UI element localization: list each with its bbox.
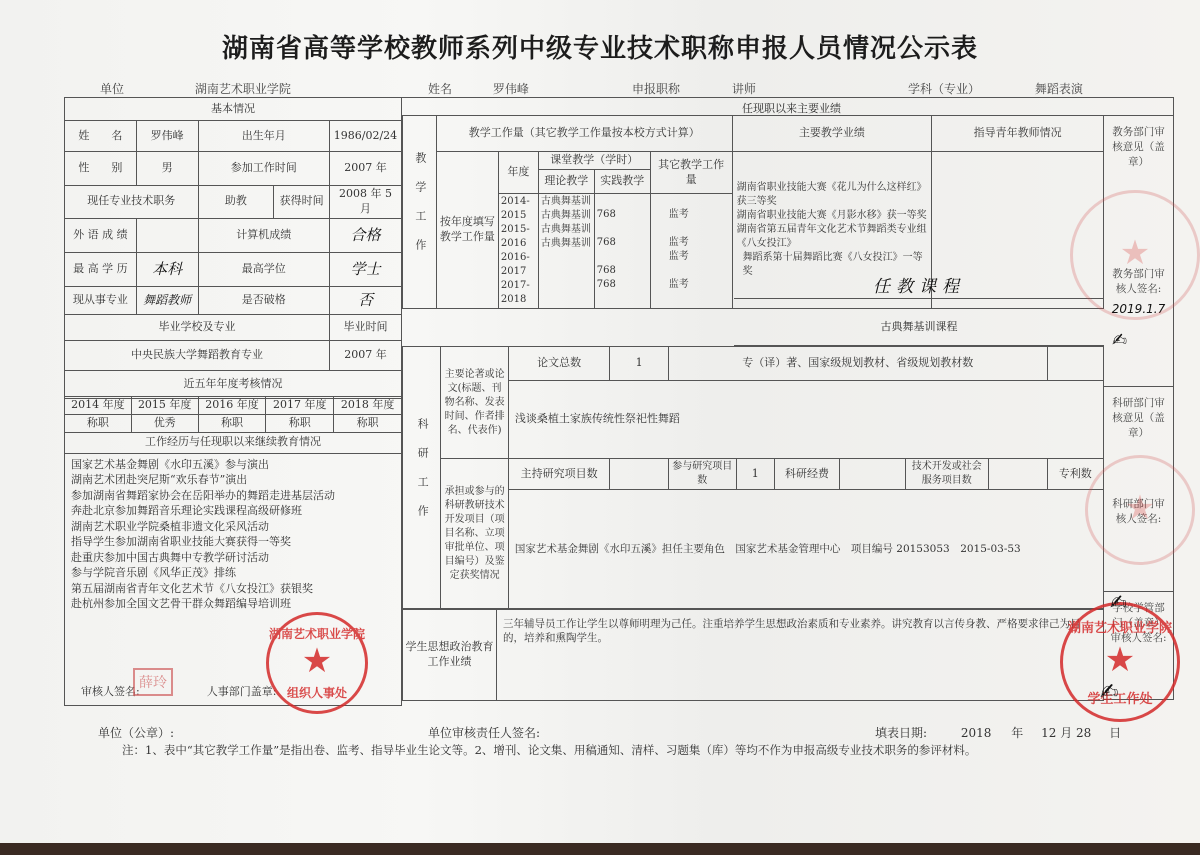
- education: 本科: [136, 252, 198, 286]
- list-item: 湖南省职业技能大赛《花儿为什么这样红》获三等奖: [737, 181, 928, 209]
- assessment-result: 优秀: [131, 414, 198, 432]
- fill-date: 填表日期: 2018 年 12 月 28 日: [875, 724, 1121, 741]
- computer-score: 合格: [329, 218, 401, 252]
- grad-time: 2007 年: [329, 340, 401, 370]
- subject-value: 舞蹈表演: [984, 80, 1134, 98]
- list-item: 参与学院音乐剧《风华正茂》排练: [71, 565, 395, 581]
- reviewer-seal: 薛玲: [133, 668, 173, 696]
- work-start: 2007 年: [329, 152, 401, 186]
- gender: 男: [136, 152, 198, 186]
- join-projects: 1: [736, 459, 774, 490]
- grad-school: 中央民族大学舞蹈教育专业: [65, 340, 330, 370]
- list-item: 国家艺术基金舞剧《水印五溪》参与演出: [71, 457, 395, 473]
- assessment-table: 2014 年度 2015 年度 2016 年度 2017 年度 2018 年度 …: [64, 396, 402, 706]
- list-item: 赴杭州参加全国文艺骨干群众舞蹈编导培训班: [71, 596, 395, 612]
- list-item: 赴重庆参加中国古典舞中专教学研讨活动: [71, 550, 395, 566]
- workload-title: 教学工作量（其它教学工作量按本校方式计算）: [436, 116, 732, 152]
- experience-title: 工作经历与任现职以来继续教育情况: [65, 432, 402, 453]
- exception: 否: [329, 286, 401, 314]
- assessment-result: 称职: [198, 414, 266, 432]
- document-page: 湖南省高等学校教师系列中级专业技术职称申报人员情况公示表 单位 湖南艺术职业学院…: [0, 0, 1200, 843]
- academic-sign-date: 2019.1.7: [1110, 302, 1167, 316]
- list-item: 湖南艺术团赴突尼斯“欢乐春节”演出: [71, 472, 395, 488]
- tech-projects: [988, 459, 1047, 490]
- assessment-result: 称职: [334, 414, 402, 432]
- paper-title: 浅谈桑植土家族传统性祭祀性舞蹈: [508, 381, 1103, 459]
- patents: 专利数: [1047, 459, 1103, 490]
- workload-other: 监考 监考 监考 监考: [650, 194, 732, 309]
- list-item: 湖南省职业技能大赛《月影水移》获一等奖: [737, 209, 928, 223]
- ideology-text: 三年辅导员工作让学生以尊师明理为己任。注重培养学生思想政治素质和专业素养。讲究教…: [497, 609, 1104, 701]
- research-opinion: 科研部门审核意见（盖章）: [1104, 386, 1173, 496]
- assessment-title: 近五年年度考核情况: [65, 370, 402, 398]
- basic-info-table: 基本情况 姓 名 罗伟峰 出生年月 1986/02/24 性 别 男 参加工作时…: [64, 97, 402, 399]
- research-signer: 科研部门审核人签名:: [1104, 496, 1173, 591]
- performance-title: 任现职以来主要业绩: [402, 97, 1174, 115]
- reviewer-sign-label: 审核人签名:: [81, 685, 140, 698]
- current-major: 舞蹈教师: [136, 286, 198, 314]
- teaching-label: 教学工作: [403, 116, 437, 309]
- mentoring-header: 指导青年教师情况: [932, 116, 1104, 152]
- experience-list: 国家艺术基金舞剧《水印五溪》参与演出 湖南艺术团赴突尼斯“欢乐春节”演出 参加湖…: [65, 453, 402, 705]
- academic-signature: ✍: [1112, 330, 1127, 351]
- academic-signer: 教务部门审核人签名: 2019.1.7: [1104, 266, 1173, 386]
- name-field: 姓名 罗伟峰: [428, 80, 566, 98]
- ideology-table: 学生思想政治教育工作业绩 三年辅导员工作让学生以尊师明理为己任。注重培养学生思想…: [402, 608, 1104, 701]
- list-item: 参加湖南省舞蹈家协会在岳阳举办的舞蹈走进基层活动: [71, 488, 395, 504]
- list-item: 湖南省第五届青年文化艺术节舞蹈类专业组《八女投江》: [737, 223, 928, 251]
- current-title: 助教: [198, 186, 274, 219]
- research-signature: ✍: [1110, 590, 1127, 614]
- workload-theory: 古典舞基训 古典舞基训 古典舞基训 古典舞基训: [538, 194, 594, 309]
- project-detail: 国家艺术基金舞剧《水印五溪》担任主要角色 国家艺术基金管理中心 项目编号 201…: [508, 490, 1103, 610]
- title-value: 讲师: [684, 80, 804, 98]
- unit-reviewer-label: 单位审核责任人签名:: [428, 724, 540, 741]
- list-item: 指导学生参加湖南省职业技能大赛获得一等奖: [71, 534, 395, 550]
- document-title: 湖南省高等学校教师系列中级专业技术职称申报人员情况公示表: [0, 28, 1200, 65]
- student-dept-signature: ✍: [1100, 680, 1118, 705]
- assessment-result: 称职: [65, 414, 132, 432]
- workload-practice: 768 768 768 768: [594, 194, 650, 309]
- list-item: 第五届湖南省青年文化艺术节《八女投江》获银奖: [71, 581, 395, 597]
- courses-value: 古典舞基训课程: [734, 300, 1104, 346]
- research-table: 科研工作 主要论著或论文(标题、刊物名称、发表时间、作者排名、代表作) 论文总数…: [402, 346, 1104, 610]
- birth-date: 1986/02/24: [329, 121, 401, 152]
- courses-label: 任教课程: [734, 267, 1104, 299]
- unit-seal-label: 单位（公章）:: [98, 724, 174, 741]
- foreign-lang-score: [136, 218, 198, 252]
- applicant-name: 罗伟峰: [136, 121, 198, 152]
- degree: 学士: [329, 252, 401, 286]
- research-label: 科研工作: [403, 347, 441, 610]
- funding: [840, 459, 905, 490]
- assessment-result: 称职: [266, 414, 334, 432]
- title-field: 申报职称 讲师: [632, 80, 804, 98]
- academic-opinion: 教务部门审核意见（盖章）: [1104, 116, 1173, 266]
- subject-field: 学科（专业） 舞蹈表演: [908, 80, 1134, 98]
- books-count: [1047, 347, 1103, 381]
- list-item: 湖南艺术职业学院桑植非遗文化采风活动: [71, 519, 395, 535]
- hr-stamp-label: 人事部门盖章:: [207, 685, 277, 698]
- workload-years: 2014-2015 2015-2016 2016-2017 2017-2018: [498, 194, 538, 309]
- basic-section-title: 基本情况: [65, 98, 402, 121]
- footnote: 注：1、表中“其它教学工作量”是指出卷、监考、指导毕业生论文等。2、增刊、论文集…: [122, 742, 976, 758]
- ideology-label: 学生思想政治教育工作业绩: [403, 609, 497, 701]
- unit-field: 单位 湖南艺术职业学院: [100, 80, 358, 98]
- list-item: 奔赴北京参加舞蹈音乐理论实践课程高级研修班: [71, 503, 395, 519]
- unit-value: 湖南艺术职业学院: [128, 80, 358, 98]
- achievements-header: 主要教学业绩: [732, 116, 932, 152]
- paper-count: 1: [610, 347, 669, 381]
- obtained-date: 2008 年 5 月: [329, 186, 401, 219]
- lead-projects: [610, 459, 669, 490]
- name-value: 罗伟峰: [456, 80, 566, 98]
